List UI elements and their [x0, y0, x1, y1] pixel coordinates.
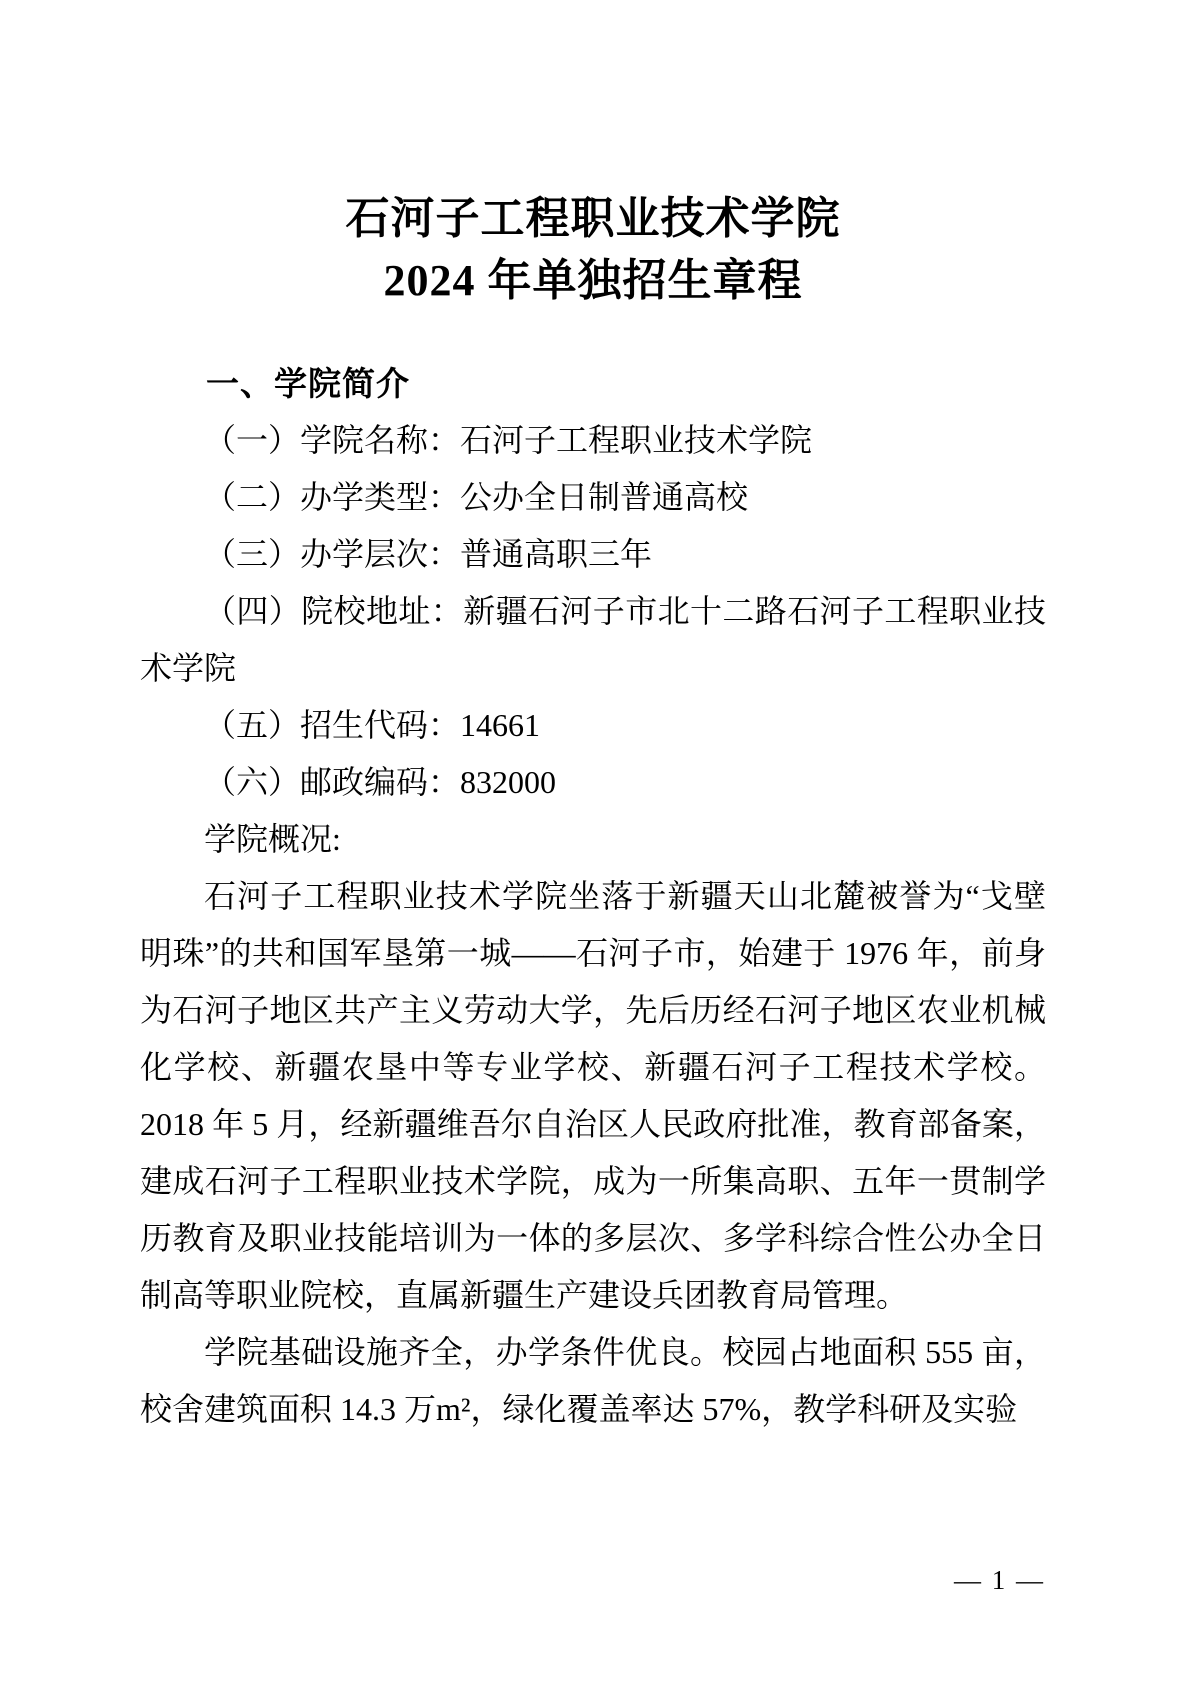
- document-title-line-1: 石河子工程职业技术学院: [140, 188, 1046, 250]
- document-page: 石河子工程职业技术学院 2024 年单独招生章程 一、学院简介 （一）学院名称：…: [0, 0, 1191, 1684]
- info-item-school-type: （二）办学类型：公办全日制普通高校: [140, 469, 1046, 526]
- info-item-postal-code: （六）邮政编码：832000: [140, 754, 1046, 811]
- overview-paragraph-facilities: 学院基础设施齐全，办学条件优良。校园占地面积 555 亩，校舍建筑面积 14.3…: [140, 1324, 1046, 1438]
- document-title-line-2: 2024 年单独招生章程: [140, 250, 1046, 312]
- college-info-list: （一）学院名称：石河子工程职业技术学院 （二）办学类型：公办全日制普通高校 （三…: [140, 412, 1046, 811]
- info-item-education-level: （三）办学层次：普通高职三年: [140, 526, 1046, 583]
- overview-paragraph-history: 石河子工程职业技术学院坐落于新疆天山北麓被誉为“戈壁明珠”的共和国军垦第一城——…: [140, 868, 1046, 1324]
- document-content: 石河子工程职业技术学院 2024 年单独招生章程 一、学院简介 （一）学院名称：…: [140, 188, 1046, 1438]
- college-overview: 学院概况: 石河子工程职业技术学院坐落于新疆天山北麓被誉为“戈壁明珠”的共和国军…: [140, 811, 1046, 1438]
- section-heading-college-intro: 一、学院简介: [140, 355, 1046, 412]
- info-item-college-name: （一）学院名称：石河子工程职业技术学院: [140, 412, 1046, 469]
- overview-label: 学院概况:: [140, 811, 1046, 868]
- info-item-address: （四）院校地址：新疆石河子市北十二路石河子工程职业技术学院: [140, 583, 1046, 697]
- page-number: — 1 —: [954, 1567, 1045, 1594]
- info-item-enrollment-code: （五）招生代码：14661: [140, 697, 1046, 754]
- document-title: 石河子工程职业技术学院 2024 年单独招生章程: [140, 188, 1046, 312]
